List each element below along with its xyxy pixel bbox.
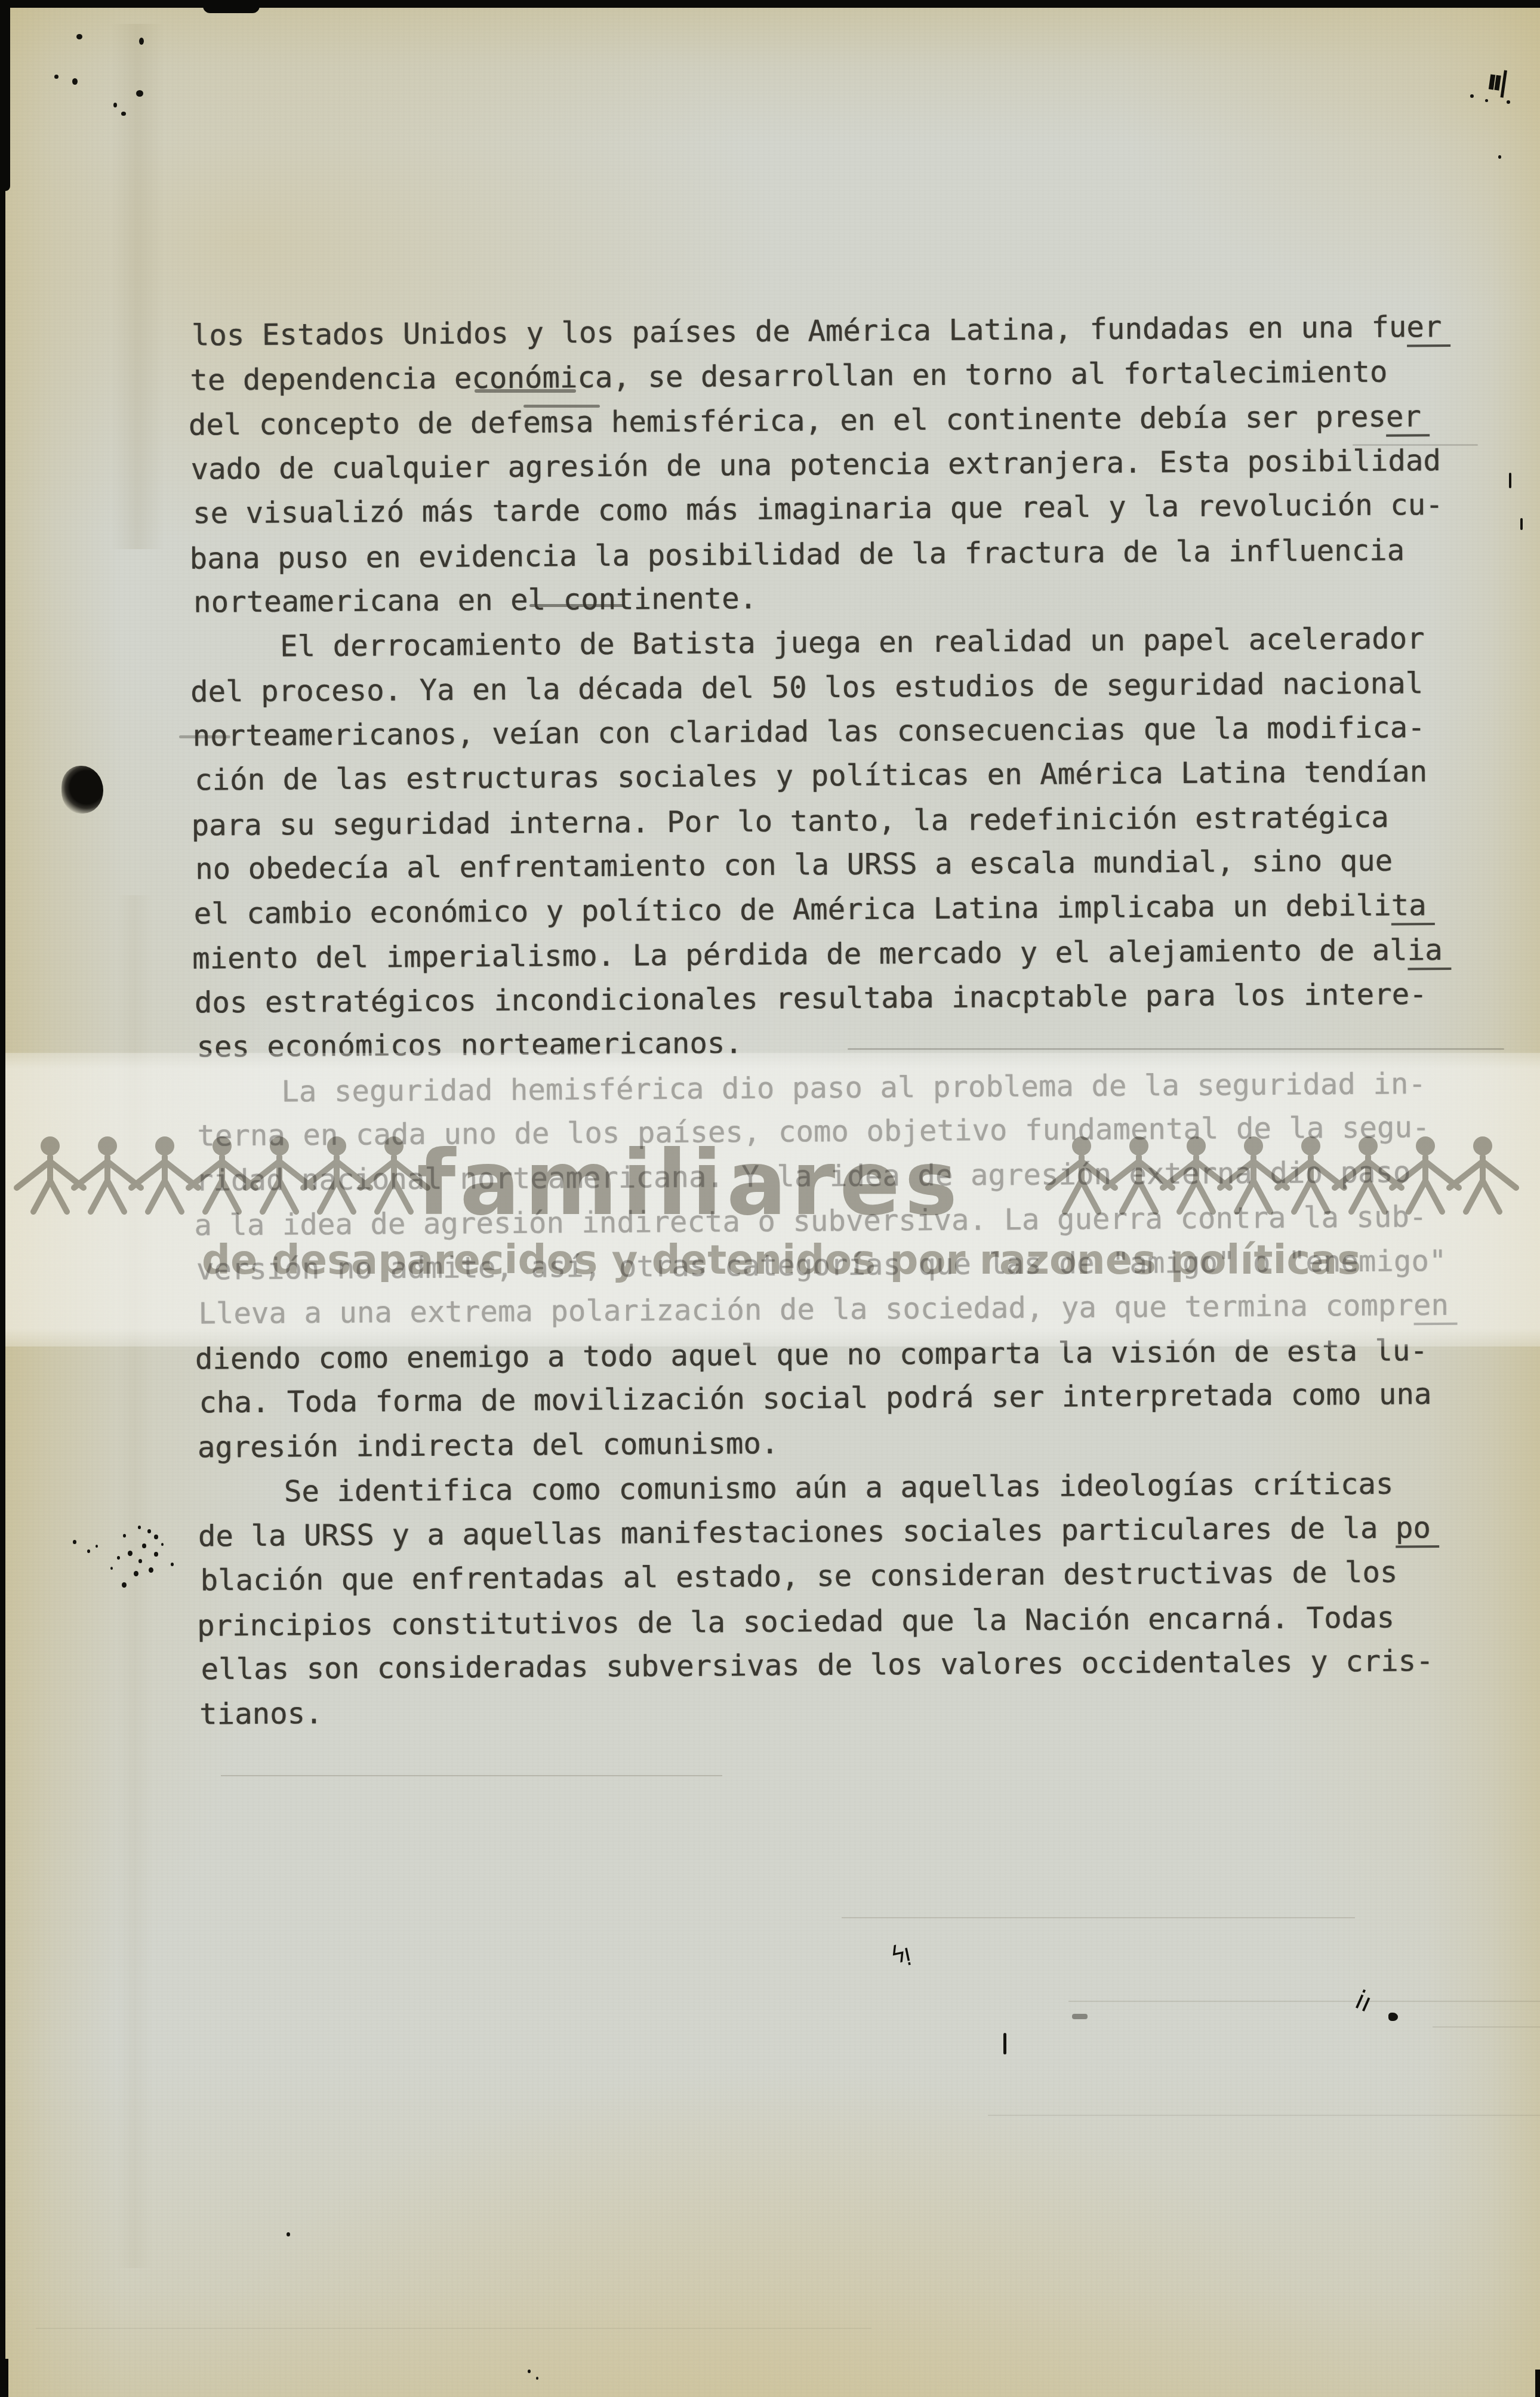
typewritten-line: te dependencia económica, se desarrollan… [190, 349, 1491, 403]
typewritten-line: los Estados Unidos y los países de Améri… [192, 304, 1493, 358]
ink-speck [1470, 94, 1474, 98]
typewritten-line: del proceso. Ya en la década del 50 los … [190, 661, 1492, 714]
typewritten-line: ción de las estructuras sociales y polít… [195, 749, 1496, 803]
ink-speck [96, 1545, 98, 1548]
ink-smear [523, 405, 600, 408]
typewritten-line: no obedecía al enfrentamiento con la URS… [195, 838, 1496, 892]
ink-speck [142, 1543, 146, 1548]
typewritten-line: agresión indirecta del comunismo. [198, 1416, 1499, 1470]
ink-speck [138, 1559, 142, 1563]
ink-speck [1003, 2033, 1006, 2054]
scan-border-corner-bl [0, 2359, 8, 2397]
ink-speck [528, 2370, 531, 2373]
continuation-underline: er [1386, 399, 1430, 437]
watermark-title: familiares [417, 1132, 962, 1236]
scan-border-left-top [0, 0, 10, 191]
ink-blot [61, 766, 103, 814]
continuation-underline: ia [1407, 933, 1451, 970]
typewritten-line: ellas son consideradas subversivas de lo… [201, 1638, 1502, 1692]
ink-speck [134, 1571, 138, 1576]
ink-speck [72, 78, 78, 85]
ink-speck [1507, 100, 1510, 104]
margin-dash [1509, 473, 1511, 488]
continuation-underline: ta [1391, 888, 1435, 926]
ink-speck [149, 1567, 153, 1573]
ink-speck [154, 1552, 158, 1557]
typewritten-line: del concepto de defemsa hemisférica, en … [189, 394, 1490, 448]
ink-speck [287, 2232, 290, 2236]
scan-border-left [0, 0, 5, 2397]
crease-line [988, 2115, 1540, 2116]
ink-speck [121, 112, 126, 116]
typewritten-line: se visualizó más tarde como más imaginar… [193, 482, 1494, 536]
crease-line [221, 1775, 722, 1776]
typewritten-line: el cambio económico y político de Améric… [193, 883, 1495, 936]
ink-speck [171, 1563, 174, 1566]
typewritten-line: miento del imperialismo. La pérdida de m… [192, 928, 1493, 981]
scan-border-top-notch [203, 0, 260, 13]
margin-dash [1520, 518, 1523, 530]
typewritten-line: blación que enfrentadas al estado, se co… [200, 1549, 1501, 1603]
typewritten-line: cha. Toda forma de movilización social p… [199, 1372, 1500, 1425]
ink-speck [128, 1551, 133, 1556]
ink-speck [122, 1582, 127, 1588]
crease-line [36, 2328, 871, 2329]
ink-speck [87, 1549, 90, 1553]
ink-speck [1498, 155, 1501, 159]
crease-line [842, 1917, 1355, 1918]
ink-smear [1072, 2014, 1088, 2019]
ink-speck [147, 1529, 151, 1533]
scanned-document-page: los Estados Unidos y los países de Améri… [0, 0, 1540, 2397]
ink-speck [536, 2377, 538, 2380]
ink-speck [139, 38, 144, 45]
ink-speck [113, 103, 117, 107]
ink-speck [76, 34, 82, 39]
ink-smear [529, 604, 625, 607]
typewritten-line: El derrocamiento de Batista juega en rea… [192, 616, 1493, 670]
scan-border-corner-br [1535, 2370, 1540, 2397]
ink-speck [110, 1567, 113, 1570]
ink-speck [138, 1526, 141, 1529]
continuation-underline: po [1396, 1511, 1439, 1548]
ink-speck [123, 1534, 126, 1538]
typewritten-line: norteamericana en el continente. [193, 571, 1495, 625]
ink-smear [1353, 444, 1478, 446]
ink-speck [154, 1535, 158, 1539]
ink-speck [1388, 2013, 1398, 2021]
watermark-subtitle: de desaparecidos y detenidos por razones… [202, 1237, 1361, 1283]
ink-smear [475, 389, 576, 393]
continuation-underline: er [1406, 310, 1450, 347]
ink-smear [848, 1048, 1504, 1050]
ink-speck [54, 75, 58, 79]
typewritten-line: Se identifica como comunismo aún a aquel… [196, 1461, 1497, 1515]
ink-speck [136, 90, 143, 97]
typewritten-text-block: los Estados Unidos y los países de Améri… [190, 304, 1501, 1736]
typewritten-line: tianos. [199, 1683, 1501, 1737]
ink-speck [117, 1556, 120, 1560]
ink-speck [1485, 99, 1488, 102]
crease-line [1068, 2001, 1540, 2002]
ink-smear [179, 735, 230, 738]
ink-speck [161, 1543, 164, 1546]
vertical-smudge [110, 24, 164, 549]
crease-line [1433, 2026, 1540, 2028]
ink-speck [73, 1540, 76, 1544]
